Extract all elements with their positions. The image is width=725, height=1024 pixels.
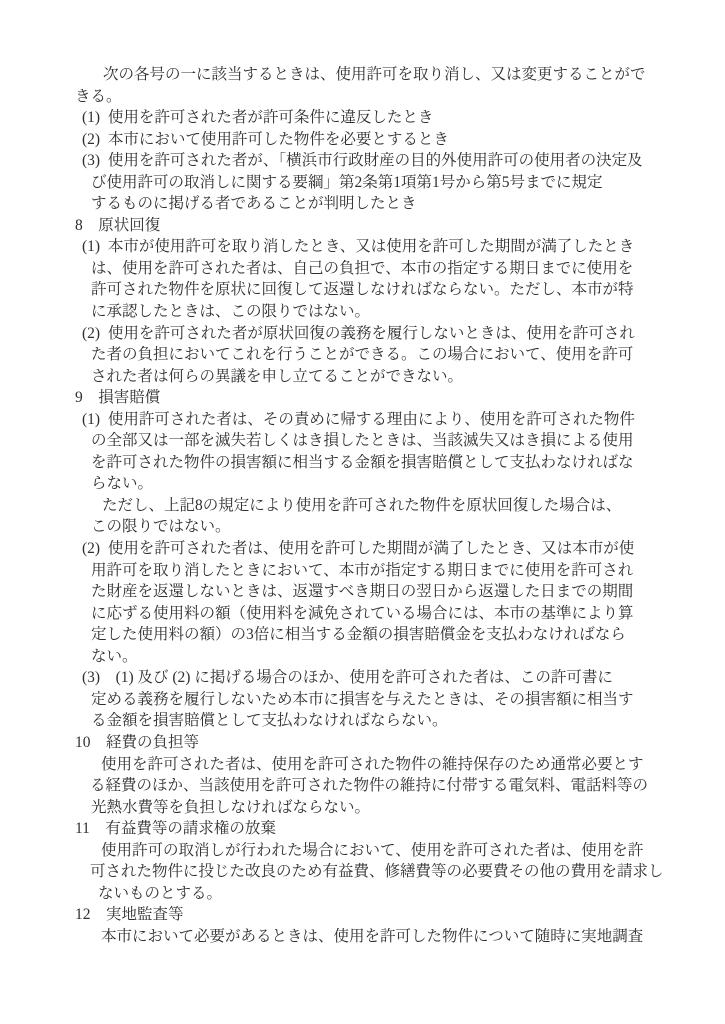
document-line: び使用許可の取消しに関する要綱」第2条第1項第1号から第5号までに規定 xyxy=(75,172,725,194)
document-line: た財産を返還しないときは、返還すべき期日の翌日から返還した日までの期間 xyxy=(75,581,725,603)
document-line: この限りではない。 xyxy=(75,516,725,538)
document-line: (1) 使用を許可された者が許可条件に違反したとき xyxy=(75,107,725,129)
document-line: (3) (1) 及び (2) に掲げる場合のほか、使用を許可された者は、この許可… xyxy=(75,667,725,689)
document-line: を許可された物件の損害額に相当する金額を損害賠償として支払わなければな xyxy=(75,452,725,474)
document-line: た者の負担においてこれを行うことができる。この場合において、使用を許可 xyxy=(75,344,725,366)
document-line: の全部又は一部を滅失若しくはき損したときは、当該滅失又はき損による使用 xyxy=(75,430,725,452)
document-line: 使用許可の取消しが行われた場合において、使用を許可された者は、使用を許 xyxy=(75,840,725,862)
document-line: (1) 使用許可された者は、その責めに帰する理由により、使用を許可された物件 xyxy=(75,409,725,431)
document-line: (3) 使用を許可された者が、「横浜市行政財産の目的外使用許可の使用者の決定及 xyxy=(75,150,725,172)
document-line: に応ずる使用料の額（使用料を減免されている場合には、本市の基準により算 xyxy=(75,603,725,625)
document-line: は、使用を許可された者は、自己の負担で、本市の指定する期日までに使用を xyxy=(75,258,725,280)
document-line: 本市において必要があるときは、使用を許可した物件について随時に実地調査 xyxy=(75,926,725,948)
document-line: る経費のほか、当該使用を許可された物件の維持に付帯する電気料、電話料等の xyxy=(75,775,725,797)
document-line: きる。 xyxy=(75,86,725,108)
document-line: された者は何らの異議を申し立てることができない。 xyxy=(75,366,725,388)
document-line: ない。 xyxy=(75,646,725,668)
document-line: 8 原状回復 xyxy=(75,215,725,237)
document-line: 12 実地監査等 xyxy=(75,904,725,926)
document-line: (1) 本市が使用許可を取り消したとき、又は使用を許可した期間が満了したとき xyxy=(75,236,725,258)
document-line: らない。 xyxy=(75,473,725,495)
document-line: る金額を損害賠償として支払わなければならない。 xyxy=(75,710,725,732)
document-line: (2) 使用を許可された者が原状回復の義務を履行しないときは、使用を許可され xyxy=(75,323,725,345)
document-line: 定める義務を履行しないため本市に損害を与えたときは、その損害額に相当す xyxy=(75,689,725,711)
document-line: 許可された物件を原状に回復して返還しなければならない。ただし、本市が特 xyxy=(75,279,725,301)
document-line: 次の各号の一に該当するときは、使用許可を取り消し、又は変更することがで xyxy=(75,64,725,86)
document-page: 次の各号の一に該当するときは、使用許可を取り消し、又は変更することができる。(1… xyxy=(0,0,725,1024)
document-line: 使用を許可された者は、使用を許可された物件の維持保存のため通常必要とす xyxy=(75,754,725,776)
document-line: 定した使用料の額）の3倍に相当する金額の損害賠償金を支払わなければなら xyxy=(75,624,725,646)
document-text-block: 次の各号の一に該当するときは、使用許可を取り消し、又は変更することができる。(1… xyxy=(75,64,725,947)
document-line: ないものとする。 xyxy=(75,883,725,905)
document-line: 用許可を取り消したときにおいて、本市が指定する期日までに使用を許可され xyxy=(75,560,725,582)
document-line: 11 有益費等の請求権の放棄 xyxy=(75,818,725,840)
document-line: ただし、上記8の規定により使用を許可された物件を原状回復した場合は、 xyxy=(75,495,725,517)
document-line: 光熱水費等を負担しなければならない。 xyxy=(75,797,725,819)
document-line: に承認したときは、この限りではない。 xyxy=(75,301,725,323)
document-line: 10 経費の負担等 xyxy=(75,732,725,754)
document-line: (2) 使用を許可された者は、使用を許可した期間が満了したとき、又は本市が使 xyxy=(75,538,725,560)
document-line: 可された物件に投じた改良のため有益費、修繕費等の必要費その他の費用を請求し xyxy=(75,861,725,883)
document-line: (2) 本市において使用許可した物件を必要とするとき xyxy=(75,129,725,151)
document-line: するものに掲げる者であることが判明したとき xyxy=(75,193,725,215)
document-line: 9 損害賠償 xyxy=(75,387,725,409)
